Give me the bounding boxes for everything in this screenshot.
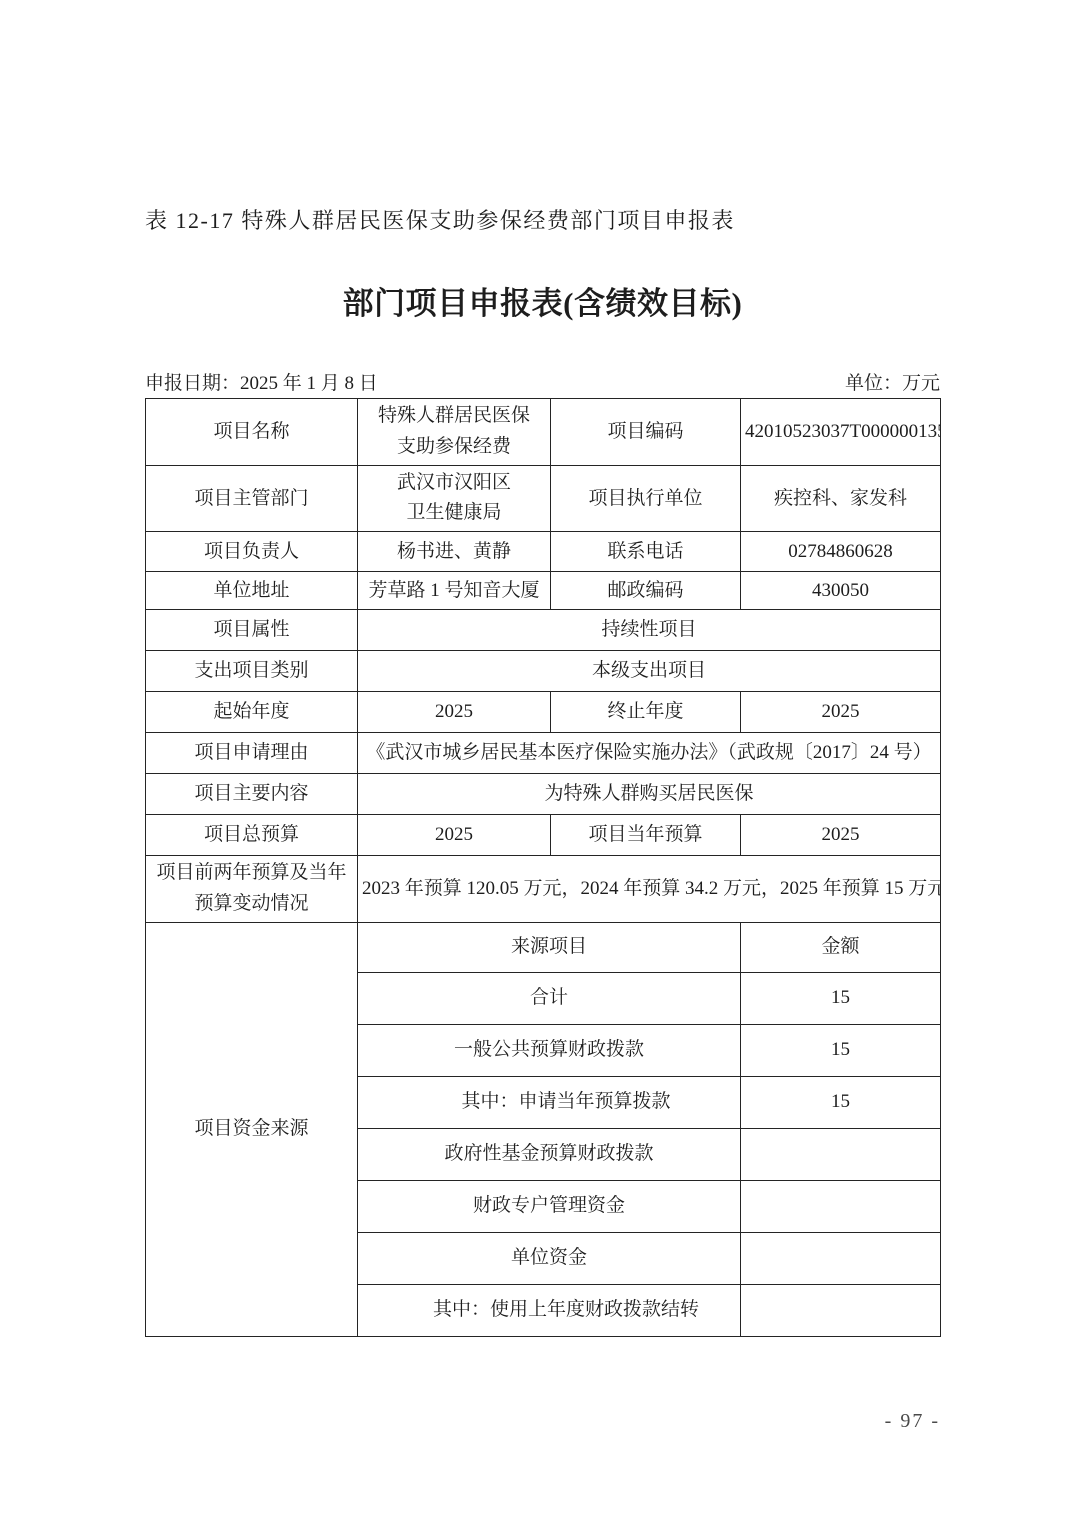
address-label: 单位地址 [146, 572, 358, 610]
page-title: 部门项目申报表(含绩效目标) [145, 278, 940, 323]
total-budget-label: 项目总预算 [146, 815, 358, 856]
phone-value: 02784860628 [741, 532, 941, 572]
attribute-label: 项目属性 [146, 610, 358, 651]
funding-source: 合计 [358, 972, 741, 1024]
exec-unit-label: 项目执行单位 [551, 465, 741, 532]
phone-label: 联系电话 [551, 532, 741, 572]
funding-amount [741, 1284, 941, 1336]
table-caption: 表 12-17 特殊人群居民医保支助参保经费部门项目申报表 [145, 204, 735, 235]
funding-amount [741, 1128, 941, 1180]
leader-label: 项目负责人 [146, 532, 358, 572]
funding-source: 政府性基金预算财政拨款 [358, 1128, 741, 1180]
start-year-value: 2025 [358, 692, 551, 733]
row-budget: 项目总预算 2025 项目当年预算 2025 [146, 815, 941, 856]
reason-label: 项目申请理由 [146, 733, 358, 774]
content-value: 为特殊人群购买居民医保 [358, 774, 941, 815]
funding-amount: 15 [741, 972, 941, 1024]
prev-budget-value: 2023 年预算 120.05 万元，2024 年预算 34.2 万元，2025… [358, 856, 941, 923]
funding-source: 其中：使用上年度财政拨款结转 [358, 1284, 741, 1336]
project-name-value: 特殊人群居民医保 支助参保经费 [358, 399, 551, 466]
project-code-label: 项目编码 [551, 399, 741, 466]
funding-header-row: 项目资金来源 来源项目 金额 [146, 922, 941, 972]
page-number: - 97 - [145, 1410, 940, 1433]
row-address: 单位地址 芳草路 1 号知音大厦 邮政编码 430050 [146, 572, 941, 610]
address-value: 芳草路 1 号知音大厦 [358, 572, 551, 610]
attribute-value: 持续性项目 [358, 610, 941, 651]
funding-section-label: 项目资金来源 [146, 922, 358, 1336]
funding-source: 单位资金 [358, 1232, 741, 1284]
total-budget-value: 2025 [358, 815, 551, 856]
end-year-value: 2025 [741, 692, 941, 733]
unit-label: 单位：万元 [845, 368, 940, 395]
leader-value: 杨书进、黄静 [358, 532, 551, 572]
row-expense-type: 支出项目类别 本级支出项目 [146, 651, 941, 692]
row-attribute: 项目属性 持续性项目 [146, 610, 941, 651]
funding-source: 其中：申请当年预算拨款 [358, 1076, 741, 1128]
funding-source: 财政专户管理资金 [358, 1180, 741, 1232]
end-year-label: 终止年度 [551, 692, 741, 733]
project-name-label: 项目名称 [146, 399, 358, 466]
funding-source-header: 来源项目 [358, 922, 741, 972]
meta-row: 申报日期：2025 年 1 月 8 日 单位：万元 [145, 368, 940, 395]
document-page: 表 12-17 特殊人群居民医保支助参保经费部门项目申报表 部门项目申报表(含绩… [0, 0, 1074, 1520]
application-form-table: 项目名称 特殊人群居民医保 支助参保经费 项目编码 42010523037T00… [145, 398, 941, 1337]
row-reason: 项目申请理由 《武汉市城乡居民基本医疗保险实施办法》（武政规〔2017〕24 号… [146, 733, 941, 774]
postcode-label: 邮政编码 [551, 572, 741, 610]
postcode-value: 430050 [741, 572, 941, 610]
project-code-value: 42010523037T000000135 [741, 399, 941, 466]
funding-amount-header: 金额 [741, 922, 941, 972]
row-project-name: 项目名称 特殊人群居民医保 支助参保经费 项目编码 42010523037T00… [146, 399, 941, 466]
row-dept: 项目主管部门 武汉市汉阳区 卫生健康局 项目执行单位 疾控科、家发科 [146, 465, 941, 532]
funding-source: 一般公共预算财政拨款 [358, 1024, 741, 1076]
declare-date: 申报日期：2025 年 1 月 8 日 [145, 368, 378, 395]
row-prev-budget: 项目前两年预算及当年 预算变动情况 2023 年预算 120.05 万元，202… [146, 856, 941, 923]
row-content: 项目主要内容 为特殊人群购买居民医保 [146, 774, 941, 815]
row-leader: 项目负责人 杨书进、黄静 联系电话 02784860628 [146, 532, 941, 572]
content-label: 项目主要内容 [146, 774, 358, 815]
dept-value: 武汉市汉阳区 卫生健康局 [358, 465, 551, 532]
year-budget-value: 2025 [741, 815, 941, 856]
dept-label: 项目主管部门 [146, 465, 358, 532]
expense-type-value: 本级支出项目 [358, 651, 941, 692]
exec-unit-value: 疾控科、家发科 [741, 465, 941, 532]
funding-amount [741, 1232, 941, 1284]
year-budget-label: 项目当年预算 [551, 815, 741, 856]
funding-amount: 15 [741, 1076, 941, 1128]
prev-budget-label: 项目前两年预算及当年 预算变动情况 [146, 856, 358, 923]
expense-type-label: 支出项目类别 [146, 651, 358, 692]
reason-value: 《武汉市城乡居民基本医疗保险实施办法》（武政规〔2017〕24 号） [358, 733, 941, 774]
funding-amount [741, 1180, 941, 1232]
row-years: 起始年度 2025 终止年度 2025 [146, 692, 941, 733]
start-year-label: 起始年度 [146, 692, 358, 733]
funding-amount: 15 [741, 1024, 941, 1076]
